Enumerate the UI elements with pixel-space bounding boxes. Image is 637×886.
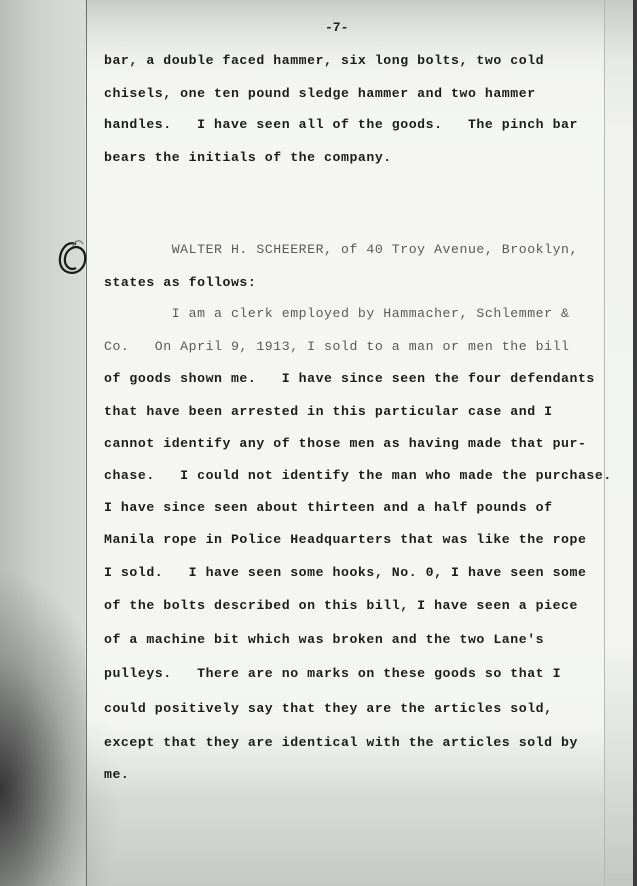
text-line: of a machine bit which was broken and th… [104, 632, 544, 647]
text-line: handles. I have seen all of the goods. T… [104, 117, 578, 132]
text-line: cannot identify any of those men as havi… [104, 436, 586, 451]
text-line: chisels, one ten pound sledge hammer and… [104, 86, 536, 101]
text-line: Co. On April 9, 1913, I sold to a man or… [104, 339, 570, 354]
text-line: Manila rope in Police Headquarters that … [104, 532, 586, 547]
text-line: I have since seen about thirteen and a h… [104, 500, 553, 515]
text-line: me. [104, 767, 129, 782]
text-line: bar, a double faced hammer, six long bol… [104, 53, 544, 68]
text-line: of goods shown me. I have since seen the… [104, 371, 595, 386]
text-line: I am a clerk employed by Hammacher, Schl… [104, 306, 570, 321]
right-margin-line [604, 0, 605, 886]
text-line: bears the initials of the company. [104, 150, 392, 165]
text-line: except that they are identical with the … [104, 735, 578, 750]
left-margin-line [86, 0, 87, 886]
page-edge [633, 0, 637, 886]
witness-name-line: WALTER H. SCHEERER, of 40 Troy Avenue, B… [104, 242, 578, 257]
text-line: of the bolts described on this bill, I h… [104, 598, 578, 613]
text-line: could positively say that they are the a… [104, 701, 553, 716]
page-number: -7- [325, 20, 348, 35]
text-line: pulleys. There are no marks on these goo… [104, 666, 561, 681]
text-line: I sold. I have seen some hooks, No. 0, I… [104, 565, 586, 580]
text-line: states as follows: [104, 275, 256, 290]
text-line: chase. I could not identify the man who … [104, 468, 612, 483]
text-line: that have been arrested in this particul… [104, 404, 553, 419]
handwritten-circle-icon [56, 238, 90, 278]
